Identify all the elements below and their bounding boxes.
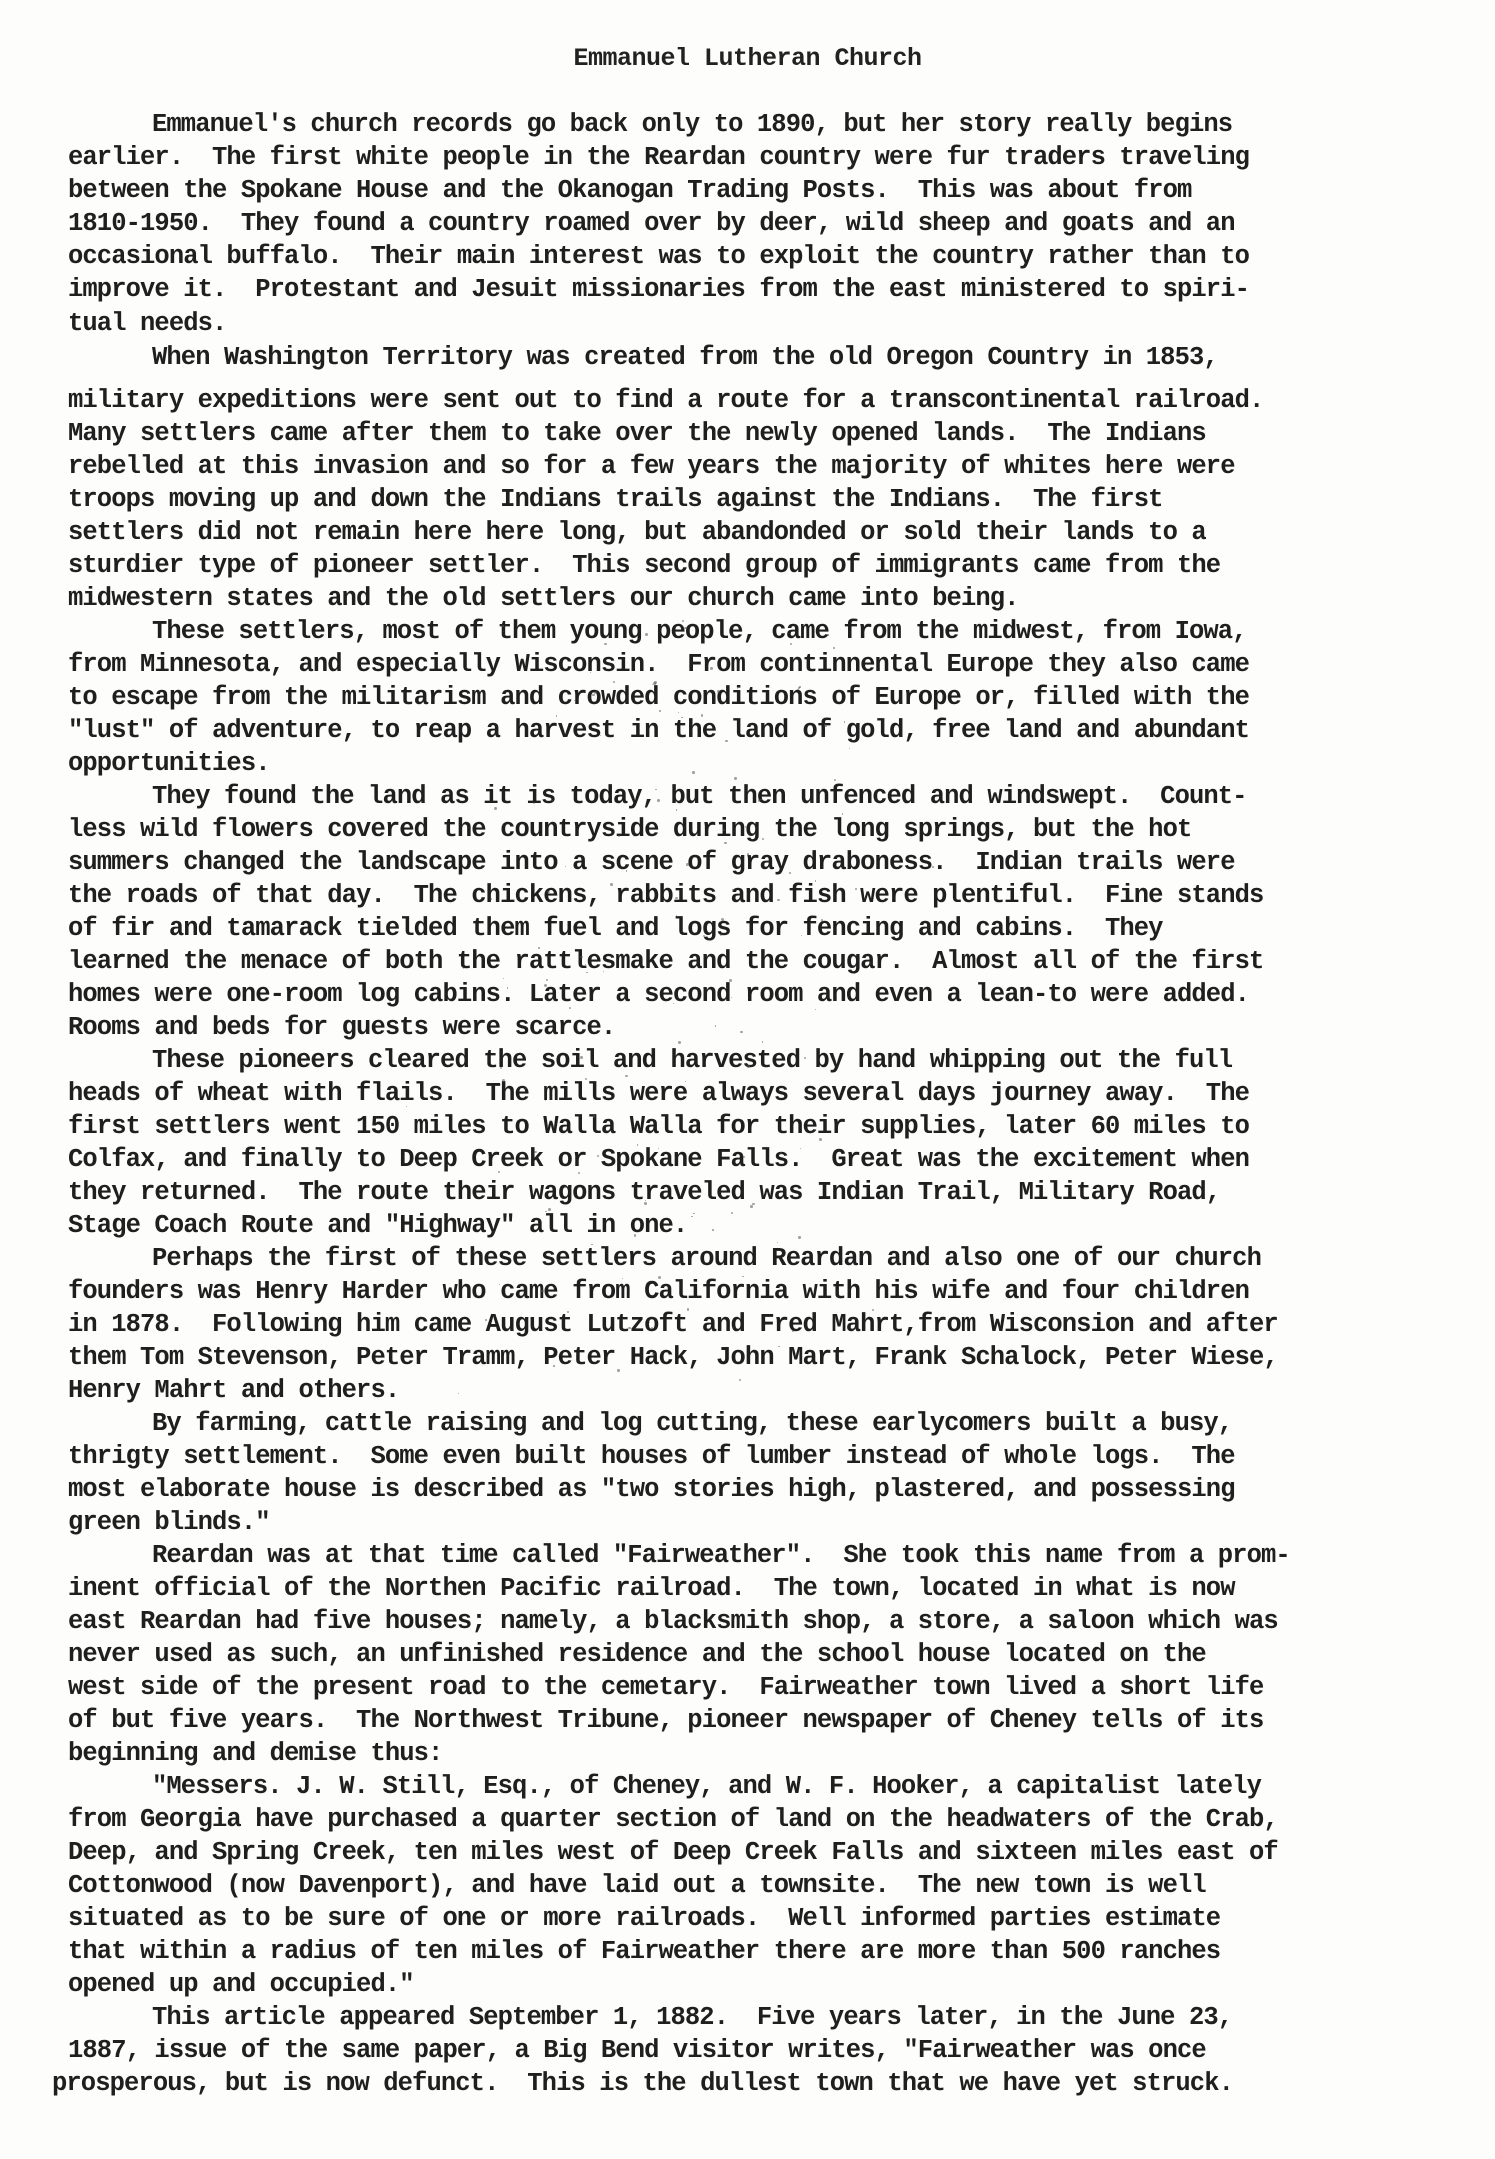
paragraph-line: rebelled at this invasion and so for a f…: [68, 452, 1235, 482]
paragraph-line: Colfax, and finally to Deep Creek or Spo…: [68, 1145, 1249, 1175]
paragraph-first-line: This article appeared September 1, 1882.…: [152, 2003, 1232, 2033]
paragraph-first-line: Emmanuel's church records go back only t…: [152, 110, 1232, 140]
paragraph-line: learned the menace of both the rattlesma…: [68, 947, 1263, 977]
paragraph-line: Cottonwood (now Davenport), and have lai…: [68, 1871, 1206, 1901]
paragraph-line: inent official of the Northen Pacific ra…: [68, 1574, 1235, 1604]
document-title: Emmanuel Lutheran Church: [0, 44, 1495, 73]
paragraph-first-line: By farming, cattle raising and log cutti…: [152, 1409, 1232, 1439]
paragraph-first-line: "Messers. J. W. Still, Esq., of Cheney, …: [152, 1772, 1261, 1802]
paragraph-line: military expeditions were sent out to fi…: [68, 386, 1263, 416]
paragraph-line: from Minnesota, and especially Wisconsin…: [68, 650, 1249, 680]
paragraph-line: the roads of that day. The chickens, rab…: [68, 881, 1263, 911]
paragraph-line: troops moving up and down the Indians tr…: [68, 485, 1163, 515]
paragraph-line: 1810-1950. They found a country roamed o…: [68, 209, 1235, 239]
paragraph-line: improve it. Protestant and Jesuit missio…: [68, 275, 1249, 305]
paragraph-line: tual needs.: [68, 309, 226, 339]
paragraph-line: Henry Mahrt and others.: [68, 1376, 399, 1406]
paragraph-line: them Tom Stevenson, Peter Tramm, Peter H…: [68, 1343, 1278, 1373]
paragraph-first-line: Reardan was at that time called "Fairwea…: [152, 1541, 1290, 1571]
paragraph-line: "lust" of adventure, to reap a harvest i…: [68, 716, 1249, 746]
paragraph-line: opportunities.: [68, 749, 270, 779]
paragraph-line: west side of the present road to the cem…: [68, 1673, 1263, 1703]
paragraph-line: midwestern states and the old settlers o…: [68, 584, 1019, 614]
paragraph-first-line: These pioneers cleared the soil and harv…: [152, 1046, 1232, 1076]
paragraph-line: homes were one-room log cabins. Later a …: [68, 980, 1249, 1010]
paragraph-line: that within a radius of ten miles of Fai…: [68, 1937, 1220, 1967]
paragraph-line: prosperous, but is now defunct. This is …: [52, 2069, 1233, 2099]
paragraph-line: east Reardan had five houses; namely, a …: [68, 1607, 1278, 1637]
paragraph-line: first settlers went 150 miles to Walla W…: [68, 1112, 1249, 1142]
paragraph-line: between the Spokane House and the Okanog…: [68, 176, 1191, 206]
paragraph-line: sturdier type of pioneer settler. This s…: [68, 551, 1220, 581]
paragraph-first-line: Perhaps the first of these settlers arou…: [152, 1244, 1261, 1274]
paragraph-line: never used as such, an unfinished reside…: [68, 1640, 1206, 1670]
paragraph-first-line: These settlers, most of them young peopl…: [152, 617, 1247, 647]
paragraph-line: of but five years. The Northwest Tribune…: [68, 1706, 1263, 1736]
paragraph-line: beginning and demise thus:: [68, 1739, 442, 1769]
paragraph-line: Stage Coach Route and "Highway" all in o…: [68, 1211, 687, 1241]
paragraph-line: heads of wheat with flails. The mills we…: [68, 1079, 1249, 1109]
paragraph-first-line: When Washington Territory was created fr…: [152, 343, 1218, 373]
paragraph-line: settlers did not remain here here long, …: [68, 518, 1206, 548]
paragraph-line: Deep, and Spring Creek, ten miles west o…: [68, 1838, 1278, 1868]
paragraph-line: green blinds.": [68, 1508, 270, 1538]
paragraph-line: from Georgia have purchased a quarter se…: [68, 1805, 1278, 1835]
paragraph-line: Rooms and beds for guests were scarce.: [68, 1013, 615, 1043]
paragraph-line: most elaborate house is described as "tw…: [68, 1475, 1235, 1505]
paragraph-line: 1887, issue of the same paper, a Big Ben…: [68, 2036, 1206, 2066]
paragraph-line: of fir and tamarack tielded them fuel an…: [68, 914, 1163, 944]
paragraph-line: in 1878. Following him came August Lutzo…: [68, 1310, 1278, 1340]
paragraph-first-line: They found the land as it is today, but …: [152, 782, 1247, 812]
paragraph-line: situated as to be sure of one or more ra…: [68, 1904, 1220, 1934]
document-page: Emmanuel Lutheran Church Emmanuel's chur…: [0, 0, 1495, 2159]
paragraph-line: opened up and occupied.": [68, 1970, 414, 2000]
paragraph-line: occasional buffalo. Their main interest …: [68, 242, 1249, 272]
paragraph-line: summers changed the landscape into a sce…: [68, 848, 1235, 878]
paragraph-line: less wild flowers covered the countrysid…: [68, 815, 1191, 845]
paragraph-line: founders was Henry Harder who came from …: [68, 1277, 1249, 1307]
paragraph-line: to escape from the militarism and crowde…: [68, 683, 1249, 713]
paragraph-line: thrigty settlement. Some even built hous…: [68, 1442, 1235, 1472]
paragraph-line: earlier. The first white people in the R…: [68, 143, 1249, 173]
paragraph-line: Many settlers came after them to take ov…: [68, 419, 1206, 449]
